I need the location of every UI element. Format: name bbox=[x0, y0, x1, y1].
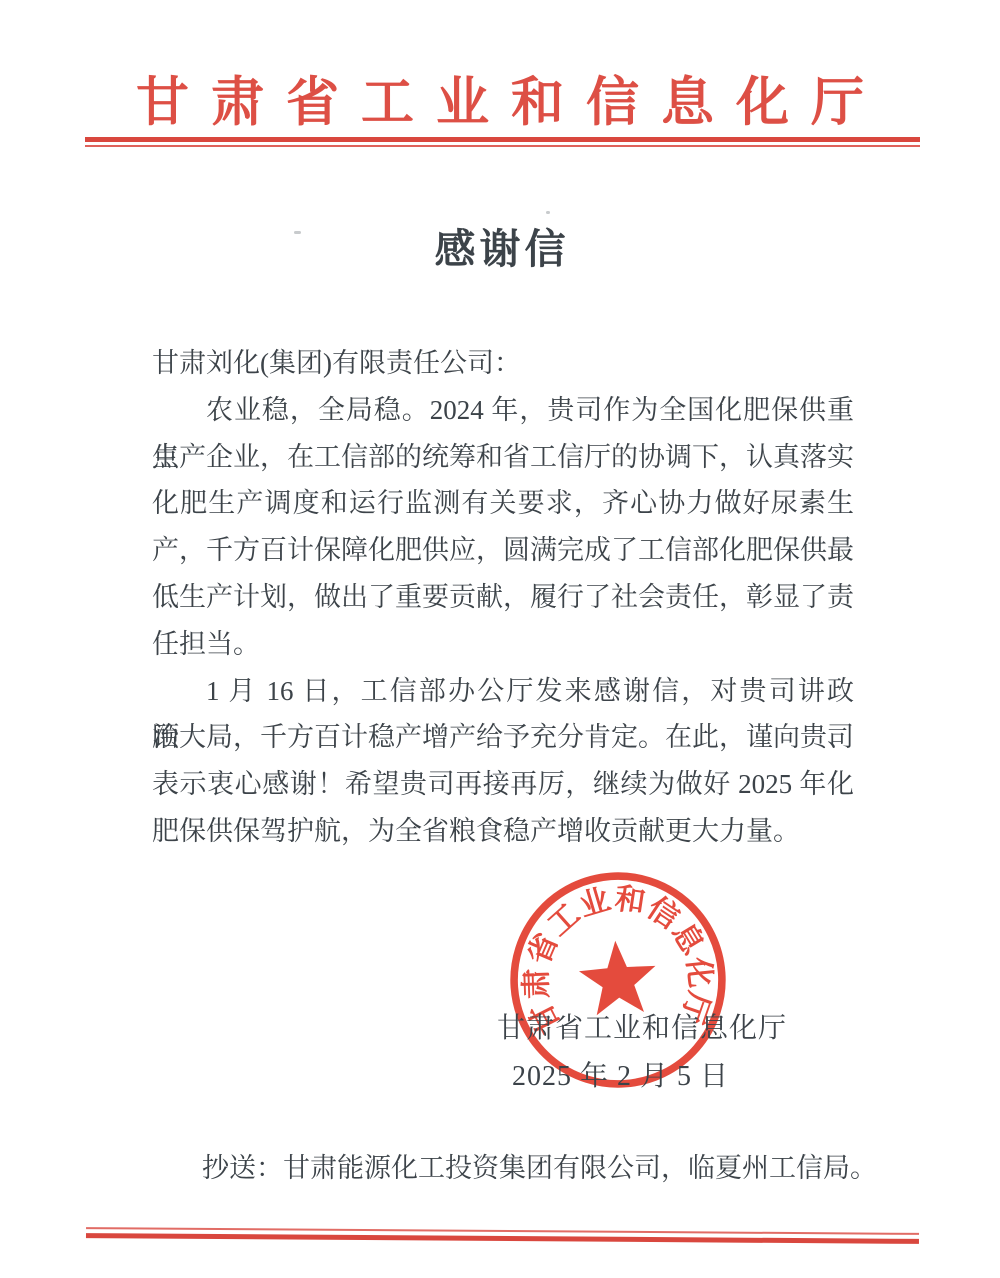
bottom-double-rule bbox=[86, 1227, 919, 1244]
letter-title: 感谢信 bbox=[0, 216, 1000, 275]
cc-line: 抄送：甘肃能源化工投资集团有限公司，临夏州工信局。 bbox=[202, 1146, 877, 1185]
header-rule-thin bbox=[85, 145, 920, 147]
signature-org: 甘肃省工业和信息化厅 bbox=[497, 1006, 787, 1046]
scan-speck bbox=[546, 211, 550, 214]
letter-page: 甘肃省工业和信息化厅 感谢信 甘肃刘化(集团)有限责任公司： 农业稳，全局稳。2… bbox=[0, 0, 1000, 1278]
body-line: 肥保供保驾护航，为全省粮食稳产增收贡献更大力量。 bbox=[152, 808, 854, 855]
letter-body: 甘肃刘化(集团)有限责任公司： 农业稳，全局稳。2024 年，贵司作为全国化肥保… bbox=[152, 340, 854, 855]
svg-text:和: 和 bbox=[613, 881, 648, 919]
body-line: 表示衷心感谢！希望贵司再接再厉，继续为做好 2025 年化 bbox=[152, 761, 854, 808]
svg-text:肃: 肃 bbox=[519, 968, 554, 999]
body-line: 任担当。 bbox=[152, 621, 854, 668]
seal-arc-char: 和 bbox=[613, 881, 648, 919]
body-line: 化肥生产调度和运行监测有关要求，齐心协力做好尿素生 bbox=[152, 480, 854, 527]
body-line: 农业稳，全局稳。2024 年，贵司作为全国化肥保供重点 bbox=[152, 387, 854, 434]
body-line: 低生产计划，做出了重要贡献，履行了社会责任，彰显了责 bbox=[152, 574, 854, 621]
seal-arc-char: 化 bbox=[681, 954, 718, 989]
body-line: 生产企业，在工信部的统筹和省工信厅的协调下，认真落实 bbox=[152, 434, 854, 481]
agency-header-title: 甘肃省工业和信息化厅 bbox=[0, 60, 1000, 136]
header-double-rule bbox=[85, 137, 920, 147]
body-line: 1 月 16 日，工信部办公厅发来感谢信，对贵司讲政治、 bbox=[152, 668, 854, 715]
body-line: 产，千方百计保障化肥供应，圆满完成了工信部化肥保供最 bbox=[152, 527, 854, 574]
seal-arc-char: 肃 bbox=[519, 968, 554, 999]
body-line: 顾大局，千方百计稳产增产给予充分肯定。在此，谨向贵司 bbox=[152, 714, 854, 761]
salutation: 甘肃刘化(集团)有限责任公司： bbox=[152, 340, 854, 387]
star-icon bbox=[577, 938, 659, 1016]
svg-text:化: 化 bbox=[681, 954, 718, 989]
signature-date: 2025 年 2 月 5 日 bbox=[512, 1054, 729, 1094]
